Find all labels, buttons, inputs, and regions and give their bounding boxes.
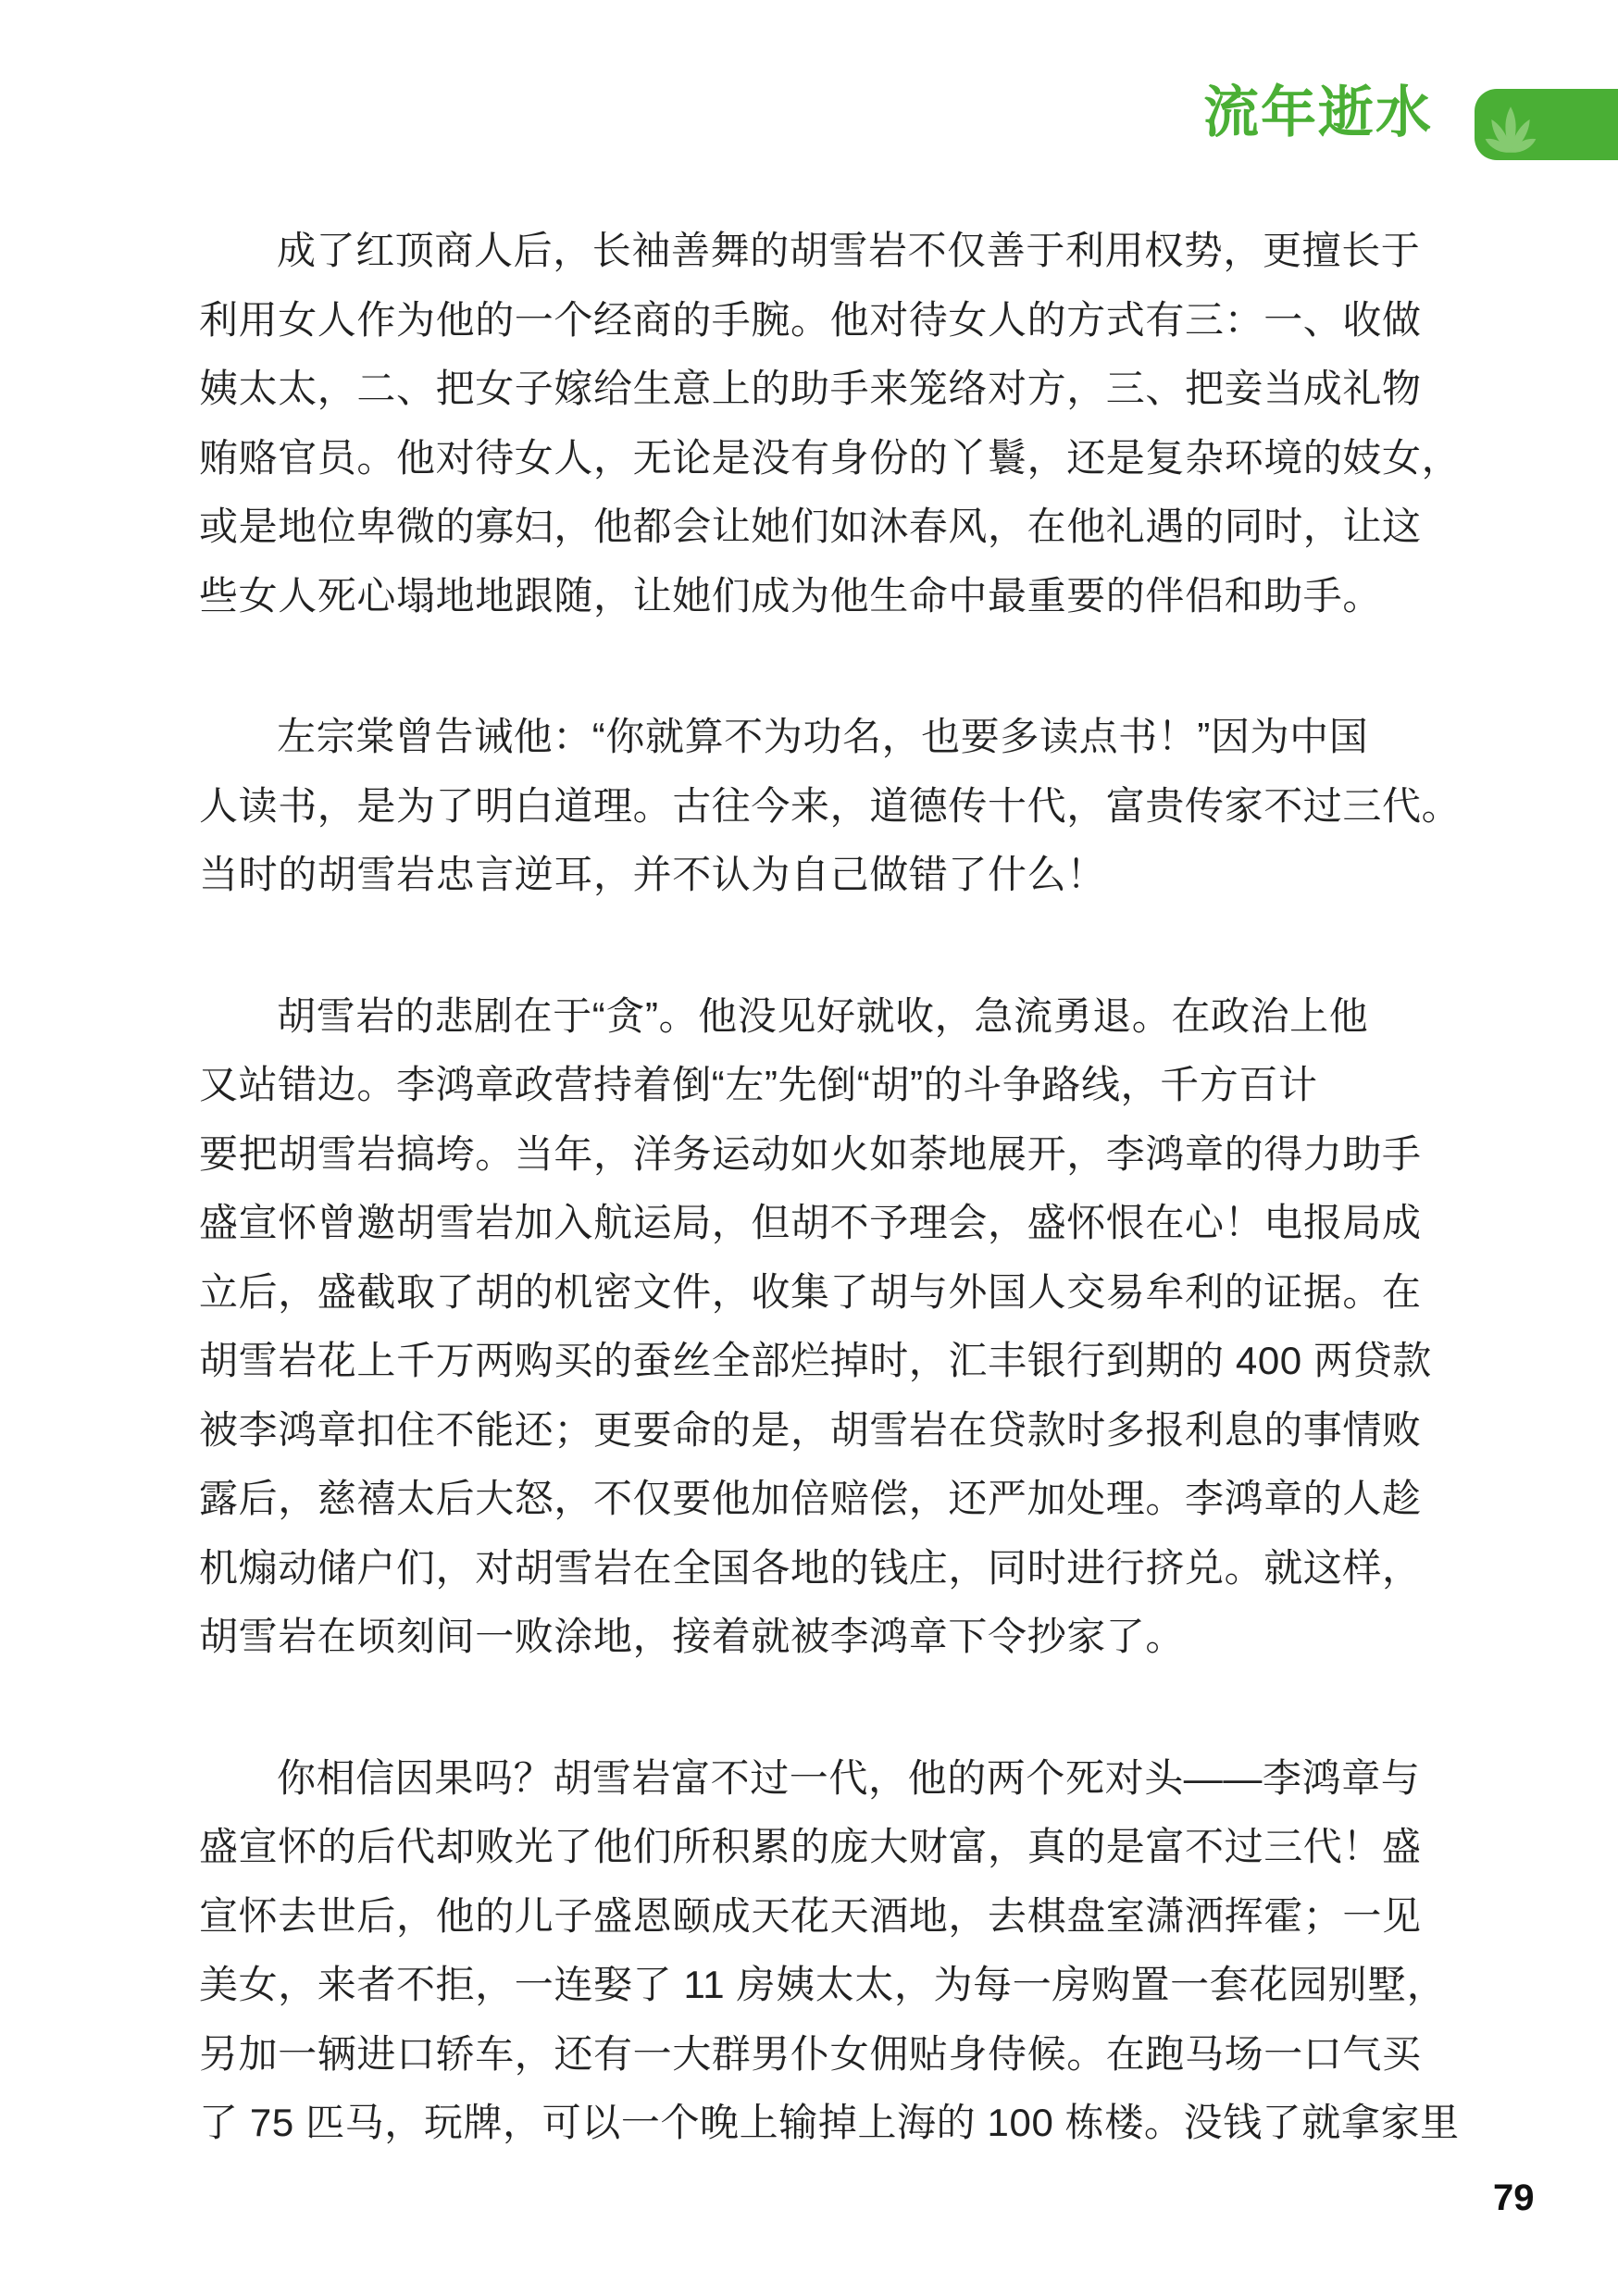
paragraph: 你相信因果吗？胡雪岩富不过一代，他的两个死对头——李鸿章与盛宣怀的后代却败光了他…	[199, 1744, 1430, 2158]
text-line: 了 75 匹马，玩牌，可以一个晚上输掉上海的 100 栋楼。没钱了就拿家里	[199, 2089, 1430, 2158]
text-line: 另加一辆进口轿车，还有一大群男仆女佣贴身侍候。在跑马场一口气买	[199, 2020, 1430, 2090]
text-line: 宣怀去世后，他的儿子盛恩颐成天花天酒地，去棋盘室潇洒挥霍；一见	[199, 1882, 1430, 1952]
text-line: 贿赂官员。他对待女人，无论是没有身份的丫鬟，还是复杂环境的妓女，	[199, 424, 1430, 493]
lotus-icon	[1480, 105, 1541, 158]
header-badge	[1475, 89, 1618, 160]
text-line: 你相信因果吗？胡雪岩富不过一代，他的两个死对头——李鸿章与	[199, 1744, 1430, 1814]
text-line: 姨太太，二、把女子嫁给生意上的助手来笼络对方，三、把妾当成礼物	[199, 355, 1430, 424]
page-number: 79	[1493, 2177, 1535, 2218]
text-line: 盛宣怀曾邀胡雪岩加入航运局，但胡不予理会，盛怀恨在心！电报局成	[199, 1189, 1430, 1258]
text-line: 些女人死心塌地地跟随，让她们成为他生命中最重要的伴侣和助手。	[199, 562, 1430, 631]
paragraph: 成了红顶商人后，长袖善舞的胡雪岩不仅善于利用权势，更擅长于利用女人作为他的一个经…	[199, 217, 1430, 630]
book-page: 流年逝水 成了红顶商人后，长	[0, 0, 1618, 2296]
text-line: 左宗棠曾告诫他：“你就算不为功名，也要多读点书！”因为中国	[199, 703, 1430, 772]
text-line: 成了红顶商人后，长袖善舞的胡雪岩不仅善于利用权势，更擅长于	[199, 217, 1430, 286]
text-line: 当时的胡雪岩忠言逆耳，并不认为自己做错了什么！	[199, 841, 1430, 910]
body-text: 成了红顶商人后，长袖善舞的胡雪岩不仅善于利用权势，更擅长于利用女人作为他的一个经…	[199, 217, 1430, 2158]
text-line: 人读书，是为了明白道理。古往今来，道德传十代，富贵传家不过三代。	[199, 772, 1430, 842]
text-line: 胡雪岩在顷刻间一败涂地，接着就被李鸿章下令抄家了。	[199, 1603, 1430, 1672]
paragraph: 左宗棠曾告诫他：“你就算不为功名，也要多读点书！”因为中国人读书，是为了明白道理…	[199, 703, 1430, 910]
text-line: 美女，来者不拒，一连娶了 11 房姨太太，为每一房购置一套花园别墅，	[199, 1951, 1430, 2020]
text-line: 或是地位卑微的寡妇，他都会让她们如沐春风，在他礼遇的同时，让这	[199, 493, 1430, 562]
text-line: 立后，盛截取了胡的机密文件，收集了胡与外国人交易牟利的证据。在	[199, 1258, 1430, 1328]
paragraph: 胡雪岩的悲剧在于“贪”。他没见好就收，急流勇退。在政治上他又站错边。李鸿章政营持…	[199, 982, 1430, 1672]
text-line: 被李鸿章扣住不能还；更要命的是，胡雪岩在贷款时多报利息的事情败	[199, 1396, 1430, 1466]
text-line: 又站错边。李鸿章政营持着倒“左”先倒“胡”的斗争路线，千方百计	[199, 1051, 1430, 1120]
text-line: 盛宣怀的后代却败光了他们所积累的庞大财富，真的是富不过三代！盛	[199, 1813, 1430, 1882]
text-line: 要把胡雪岩搞垮。当年，洋务运动如火如荼地展开，李鸿章的得力助手	[199, 1120, 1430, 1190]
text-line: 胡雪岩花上千万两购买的蚕丝全部烂掉时，汇丰银行到期的 400 两贷款	[199, 1327, 1430, 1396]
text-line: 胡雪岩的悲剧在于“贪”。他没见好就收，急流勇退。在政治上他	[199, 982, 1430, 1052]
page-header-title: 流年逝水	[1203, 85, 1433, 141]
text-line: 利用女人作为他的一个经商的手腕。他对待女人的方式有三：一、收做	[199, 286, 1430, 356]
text-line: 机煽动储户们，对胡雪岩在全国各地的钱庄，同时进行挤兑。就这样，	[199, 1534, 1430, 1603]
text-line: 露后，慈禧太后大怒，不仅要他加倍赔偿，还严加处理。李鸿章的人趁	[199, 1465, 1430, 1534]
